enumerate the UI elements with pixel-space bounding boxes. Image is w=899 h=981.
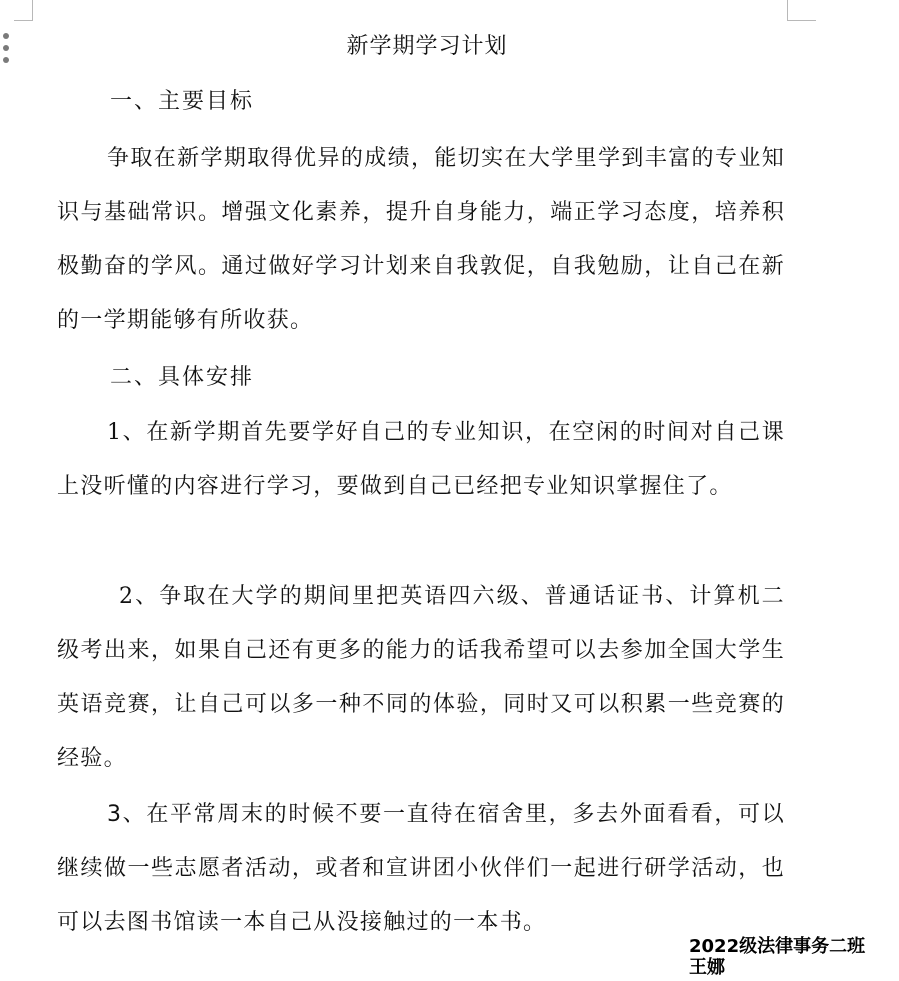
item-text: 在平常周末的时候不要一直待在宿舍里，多去外面看看，可以继续做一些志愿者活动，或者… <box>57 802 785 935</box>
item-number: 1、 <box>107 420 146 445</box>
section-heading-goals: 一、主要目标 <box>57 88 254 116</box>
handle-dot <box>3 45 9 51</box>
document-title: 新学期学习计划 <box>57 28 785 66</box>
item-text: 争取在大学的期间里把英语四六级、普通话证书、计算机二级考出来，如果自己还有更多的… <box>57 584 785 771</box>
drag-handle-icon[interactable] <box>2 33 10 63</box>
signature-block: 2022级法律事务二班 王娜 <box>689 936 865 978</box>
goals-paragraph: 争取在新学期取得优异的成绩，能切实在大学里学到丰富的专业知识与基础常识。增强文化… <box>57 132 785 348</box>
crop-mark-top-left <box>14 0 33 21</box>
section-heading-arrangements: 二、具体安排 <box>57 364 254 392</box>
handle-dot <box>3 33 9 39</box>
item-text: 在新学期首先要学好自己的专业知识，在空闲的时间对自己课上没听懂的内容进行学习，要… <box>57 420 785 499</box>
item-number: 2、 <box>119 584 159 609</box>
arrangement-item-1: 1、在新学期首先要学好自己的专业知识，在空闲的时间对自己课上没听懂的内容进行学习… <box>57 406 785 514</box>
signature-class: 2022级法律事务二班 <box>689 936 865 957</box>
document-page: 新学期学习计划 一、主要目标 争取在新学期取得优异的成绩，能切实在大学里学到丰富… <box>57 28 785 66</box>
item-number: 3、 <box>107 802 146 827</box>
arrangement-item-3: 3、在平常周末的时候不要一直待在宿舍里，多去外面看看，可以继续做一些志愿者活动，… <box>57 788 785 950</box>
arrangement-item-2: 2、争取在大学的期间里把英语四六级、普通话证书、计算机二级考出来，如果自己还有更… <box>57 570 785 786</box>
crop-mark-top-right <box>787 0 816 21</box>
signature-author: 王娜 <box>689 957 865 978</box>
handle-dot <box>3 57 9 63</box>
